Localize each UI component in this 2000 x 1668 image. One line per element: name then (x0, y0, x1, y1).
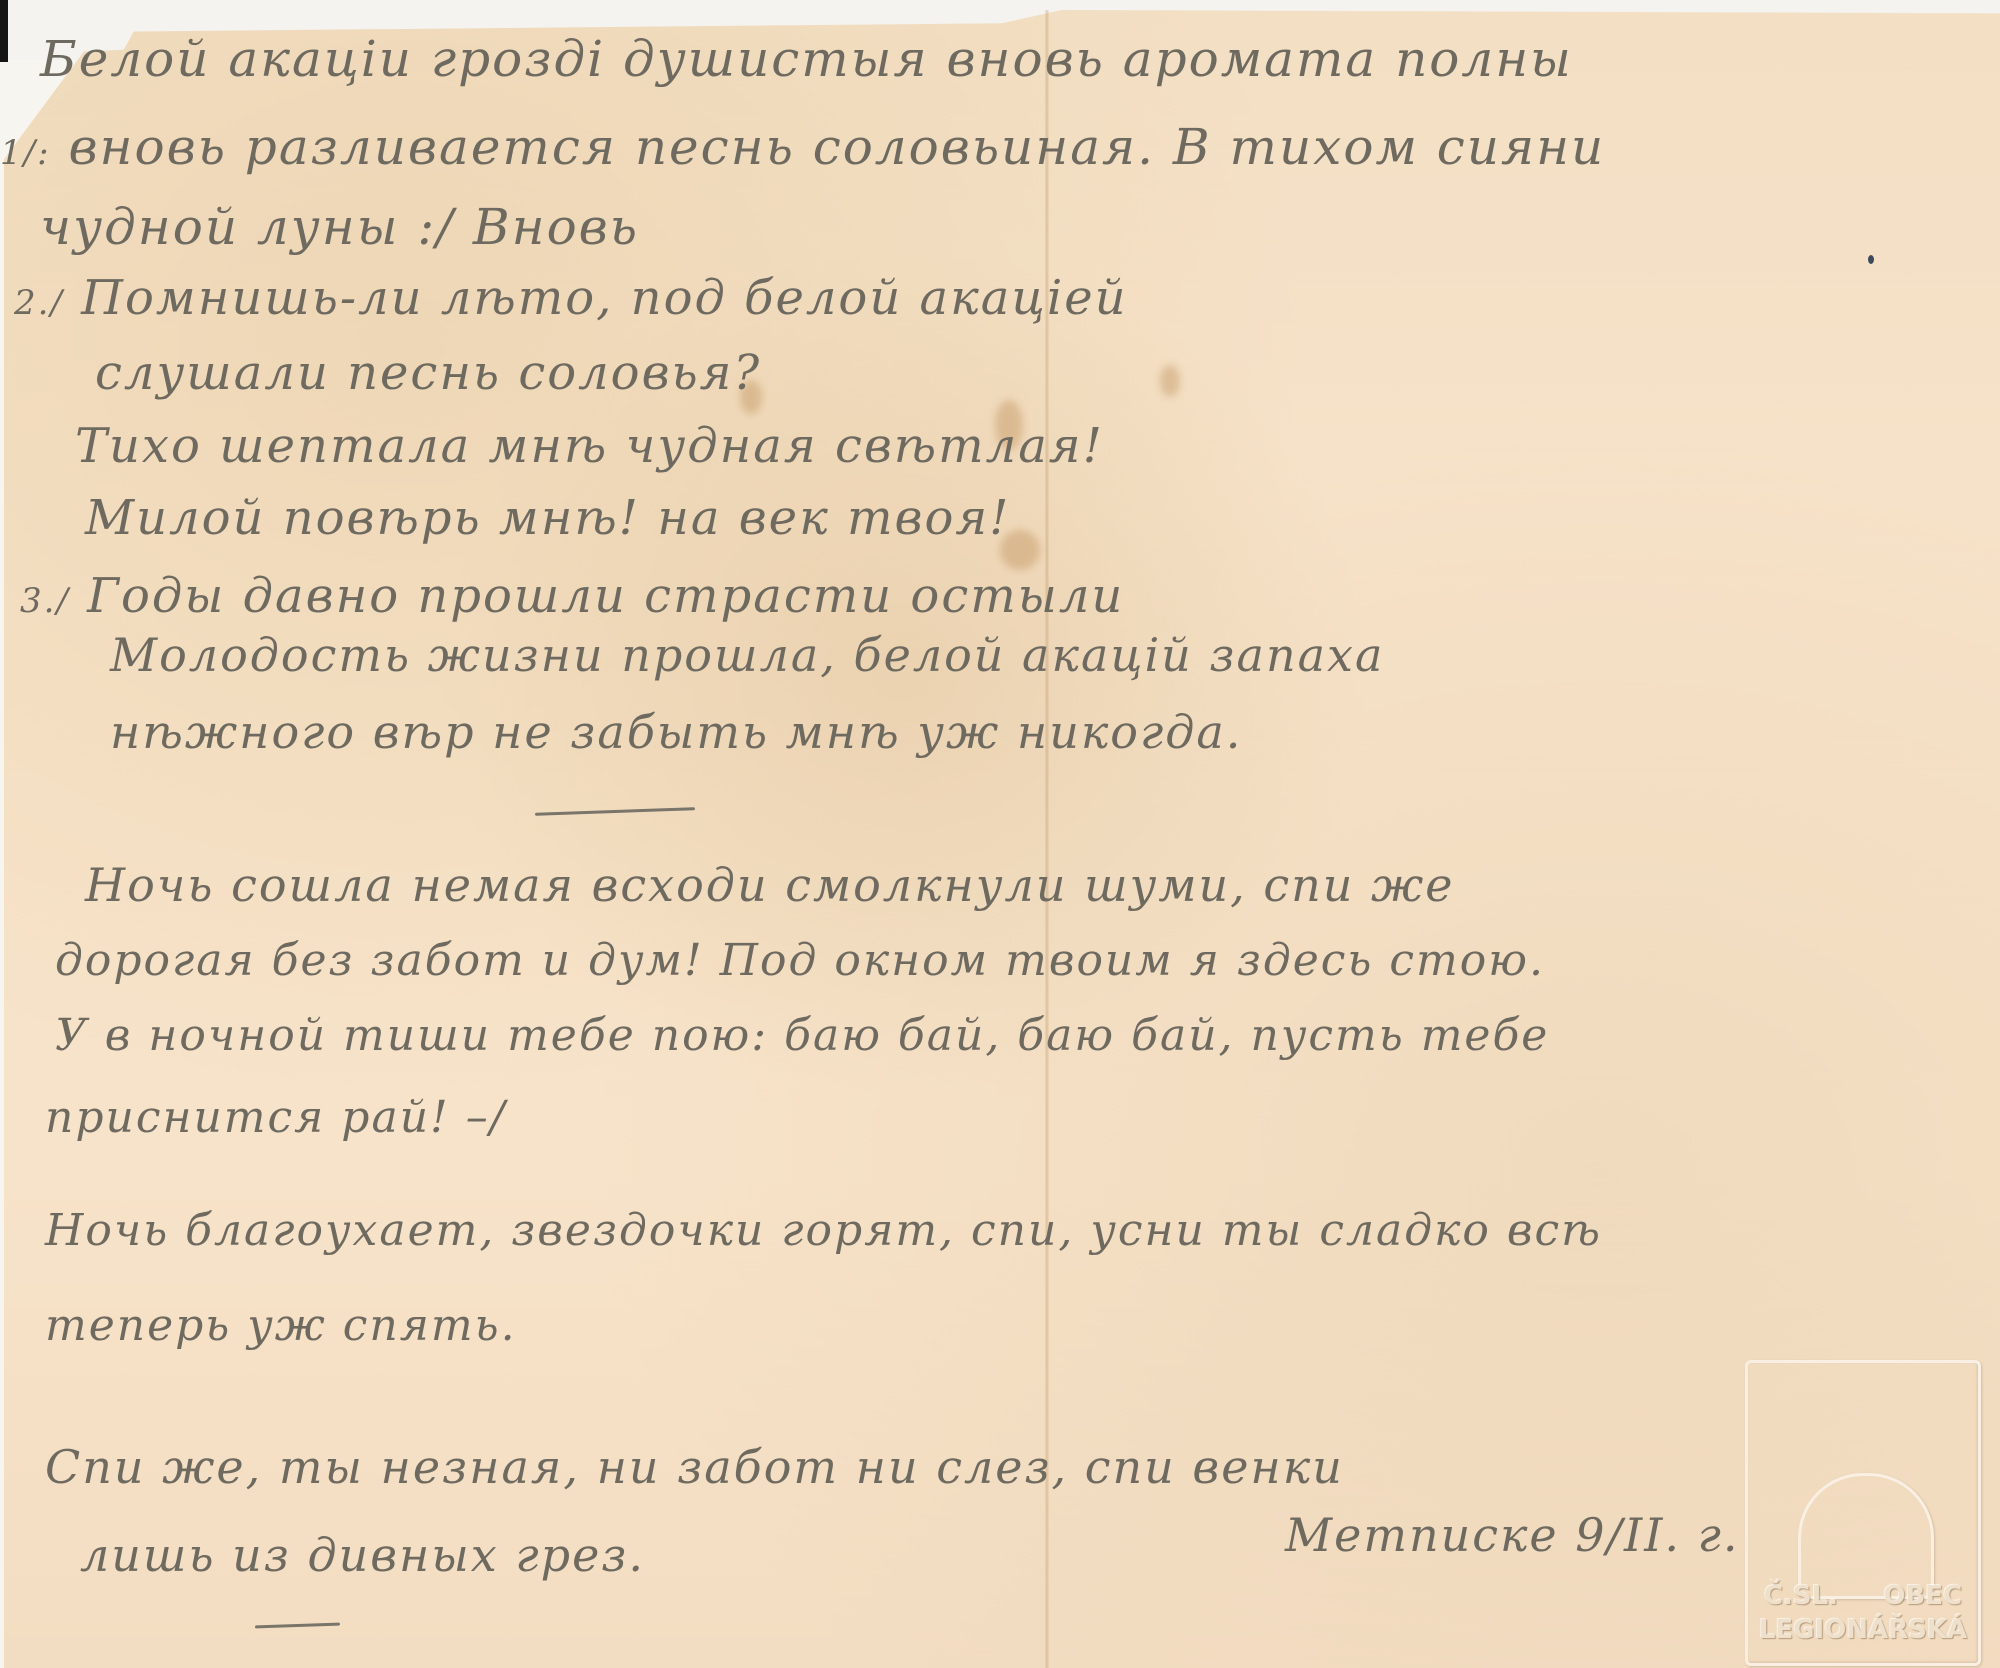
manuscript-line-6: Тихо шептала мнѣ чудная свѣтлая! (75, 418, 1104, 474)
manuscript-line-7: Милой повѣрь мнѣ! на век твоя! (85, 490, 1010, 546)
seal-text-line2: LEGIONÁŘSKÁ (1748, 1615, 1978, 1645)
manuscript-line-16: теперь уж спять. (45, 1300, 517, 1351)
manuscript-line-10: нѣжного вѣр не забыть мнѣ уж никогда. (110, 705, 1242, 759)
scan-edge-bar (0, 0, 8, 62)
manuscript-line-12: дорогая без забот и дум! Под окном твоим… (55, 935, 1545, 986)
manuscript-line-1: Белой акацiи гроздi душистыя вновь арома… (40, 30, 1573, 88)
ink-dot (1868, 255, 1874, 264)
paper-fold-line (1045, 10, 1049, 1668)
manuscript-line-13: У в ночной тиши тебе пою: баю бай, баю б… (55, 1010, 1549, 1061)
verse-marker: 2./ (14, 283, 64, 323)
manuscript-line-15: Ночь благоухает, звездочки горят, спи, у… (45, 1205, 1602, 1256)
paper-stain (1160, 365, 1180, 397)
verse-marker: 1/: (0, 133, 51, 173)
verse-marker: 3./ (20, 581, 70, 621)
manuscript-line-2: 1/: вновь разливается песнь соловьиная. … (0, 118, 1605, 176)
manuscript-line-11: Ночь сошла немая всходи смолкнули шуми, … (85, 858, 1455, 912)
manuscript-line-4: 2./ Помнишь-ли лѣто, под белой акацiей (14, 270, 1128, 326)
manuscript-page (4, 10, 2000, 1668)
manuscript-line-17: Спи же, ты незная, ни забот ни слез, спи… (45, 1440, 1344, 1494)
manuscript-line-3: чудной луны :/ Вновь (40, 198, 639, 256)
signature-date: Метписке 9/II. г. (1285, 1508, 1740, 1562)
manuscript-line-18: лишь из дивных грез. (80, 1528, 645, 1582)
manuscript-line-8: 3./ Годы давно прошли страсти остыли (20, 568, 1124, 624)
manuscript-line-14: приснится рай! –/ (45, 1092, 507, 1143)
embossed-legion-seal: Č.SL. OBEC LEGIONÁŘSKÁ (1745, 1360, 1981, 1666)
manuscript-line-5: слушали песнь соловья? (95, 345, 761, 401)
manuscript-line-9: Молодость жизни прошла, белой акацiй зап… (110, 628, 1384, 682)
seal-text-line1: Č.SL. OBEC (1748, 1581, 1978, 1611)
